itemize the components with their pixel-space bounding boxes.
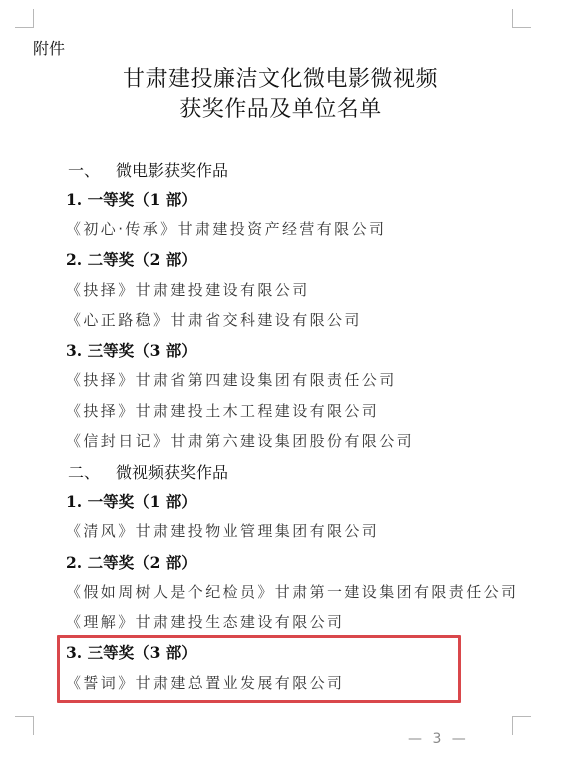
document-title-line1: 甘肃建投廉洁文化微电影微视频 (0, 62, 561, 93)
award-entry: 《抉择》甘肃建投土木工程建设有限公司 (66, 400, 379, 421)
section-number: 一、 (68, 158, 116, 181)
page-corner-mark-bottom-right (512, 716, 531, 735)
award-entry: 《心正路稳》甘肃省交科建设有限公司 (66, 309, 362, 330)
award-entry: 《理解》甘肃建投生态建设有限公司 (66, 611, 344, 632)
page-number: — 3 — (408, 731, 469, 747)
section-title: 微视频获奖作品 (116, 463, 228, 482)
award-heading: 1. 一等奖（1 部） (66, 490, 197, 512)
award-entry: 《信封日记》甘肃第六建设集团股份有限公司 (66, 430, 414, 451)
award-entry: 《清风》甘肃建投物业管理集团有限公司 (66, 520, 379, 541)
award-entry-highlighted: 《誓词》甘肃建总置业发展有限公司 (66, 672, 344, 693)
page-corner-mark-top-right (512, 9, 531, 28)
award-entry: 《初心·传承》甘肃建投资产经营有限公司 (66, 218, 386, 239)
section-heading-micro-film: 一、微电影获奖作品 (68, 158, 228, 181)
section-heading-micro-video: 二、微视频获奖作品 (68, 460, 228, 483)
page-corner-mark-bottom-left (15, 716, 34, 735)
section-title: 微电影获奖作品 (116, 161, 228, 180)
award-heading: 1. 一等奖（1 部） (66, 188, 197, 210)
document-title-line2: 获奖作品及单位名单 (0, 92, 561, 123)
page-corner-mark-top-left (15, 9, 34, 28)
award-entry: 《抉择》甘肃省第四建设集团有限责任公司 (66, 369, 397, 390)
award-heading: 2. 二等奖（2 部） (66, 248, 197, 270)
award-heading: 3. 三等奖（3 部） (66, 339, 197, 361)
award-entry: 《抉择》甘肃建投建设有限公司 (66, 279, 310, 300)
award-entry: 《假如周树人是个纪检员》甘肃第一建设集团有限责任公司 (66, 581, 518, 602)
award-heading-highlighted: 3. 三等奖（3 部） (66, 641, 197, 663)
award-heading: 2. 二等奖（2 部） (66, 551, 197, 573)
section-number: 二、 (68, 460, 116, 483)
attachment-label: 附件 (33, 36, 65, 59)
